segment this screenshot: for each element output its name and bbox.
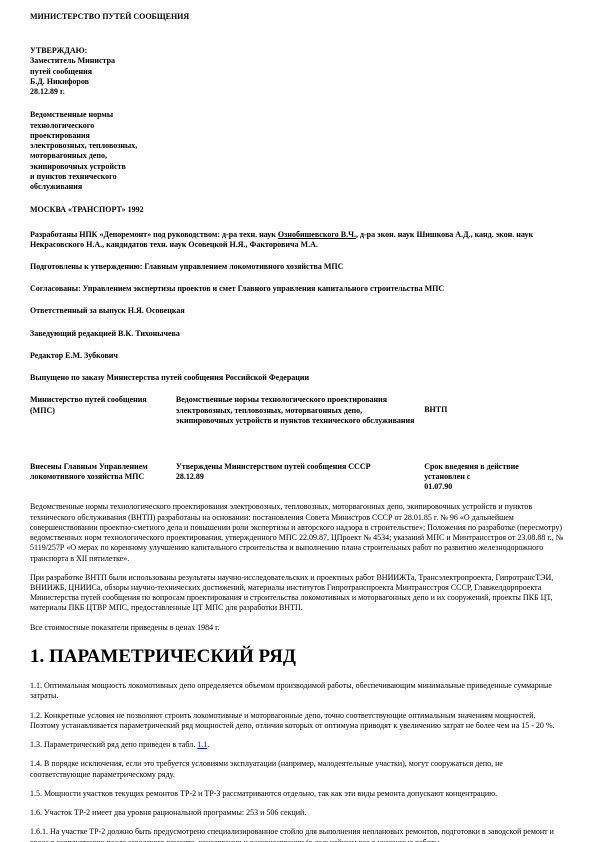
agreed-by-line: Согласованы: Управлением экспертизы прое… <box>30 284 565 294</box>
table-cell-norms-title: Ведомственные нормы технологического про… <box>176 395 424 461</box>
imprint-line: МОСКВА «ТРАНСПОРТ» 1992 <box>30 205 565 215</box>
table-1-1-link[interactable]: 1.1 <box>197 740 207 749</box>
developed-author-name: Ознобишевского В.Ч. <box>278 230 356 239</box>
prepared-by-line: Подготовлены к утверждению: Главным упра… <box>30 262 565 272</box>
paragraph-1-2: 1.2. Конкретные условия не позволяют стр… <box>30 711 565 731</box>
developed-prefix: Разработаны НПК «Депоремонт» под руковод… <box>30 230 278 239</box>
table-cell-effective-date: Срок введения в действие установлен с 01… <box>424 462 565 493</box>
paragraph-1-5: 1.5. Мощности участков текущих ремонтов … <box>30 789 565 799</box>
paragraph-1-3-suffix: . <box>207 740 209 749</box>
approval-block: УТВЕРЖДАЮ: Заместитель Министра путей со… <box>30 46 190 97</box>
paragraph-1-4: 1.4. В порядке исключения, если это треб… <box>30 759 565 779</box>
paragraph-sources: При разработке ВНТП были использованы ре… <box>30 573 565 614</box>
editor-line: Редактор Е.М. Зубкович <box>30 351 565 361</box>
section-1-heading: 1. ПАРАМЕТРИЧЕСКИЙ РЯД <box>30 645 565 669</box>
paragraph-1-6: 1.6. Участок ТР-2 имеет два уровня рацио… <box>30 808 565 818</box>
responsible-line: Ответственный за выпуск Н.Я. Осовецкая <box>30 306 565 316</box>
table-cell-approved-by: Утверждены Министерством путей сообщения… <box>176 462 424 493</box>
approval-table: Министерство путей сообщения (МПС) Ведом… <box>30 395 565 492</box>
approval-table-row1: Министерство путей сообщения (МПС) Ведом… <box>30 395 565 461</box>
table-cell-submitted-by: Внесены Главным Управлением локомотивног… <box>30 462 176 493</box>
document-page: МИНИСТЕРСТВО ПУТЕЙ СООБЩЕНИЯ УТВЕРЖДАЮ: … <box>0 0 595 842</box>
table-cell-ministry: Министерство путей сообщения (МПС) <box>30 395 176 461</box>
paragraph-1-6-1: 1.6.1. На участке ТР-2 должно быть преду… <box>30 827 565 842</box>
ministry-header: МИНИСТЕРСТВО ПУТЕЙ СООБЩЕНИЯ <box>30 12 565 22</box>
paragraph-1-3: 1.3. Параметрический ряд депо приведен в… <box>30 740 565 750</box>
paragraph-1-3-prefix: 1.3. Параметрический ряд депо приведен в… <box>30 740 197 749</box>
developed-by-line: Разработаны НПК «Депоремонт» под руковод… <box>30 230 565 250</box>
editor-chief-line: Заведующий редакцией В.К. Тихонычева <box>30 329 565 339</box>
paragraph-basis: Ведомственные нормы технологического про… <box>30 502 565 563</box>
document-title: Ведомственные нормы технологического про… <box>30 110 170 192</box>
table-cell-vntp-code: ВНТП <box>424 395 565 461</box>
issued-by-line: Выпущено по заказу Министерства путей со… <box>30 373 565 383</box>
paragraph-prices: Все стоимостные показатели приведены в ц… <box>30 623 565 633</box>
approval-table-row2: Внесены Главным Управлением локомотивног… <box>30 462 565 493</box>
paragraph-1-1: 1.1. Оптимальная мощность локомотивных д… <box>30 681 565 701</box>
